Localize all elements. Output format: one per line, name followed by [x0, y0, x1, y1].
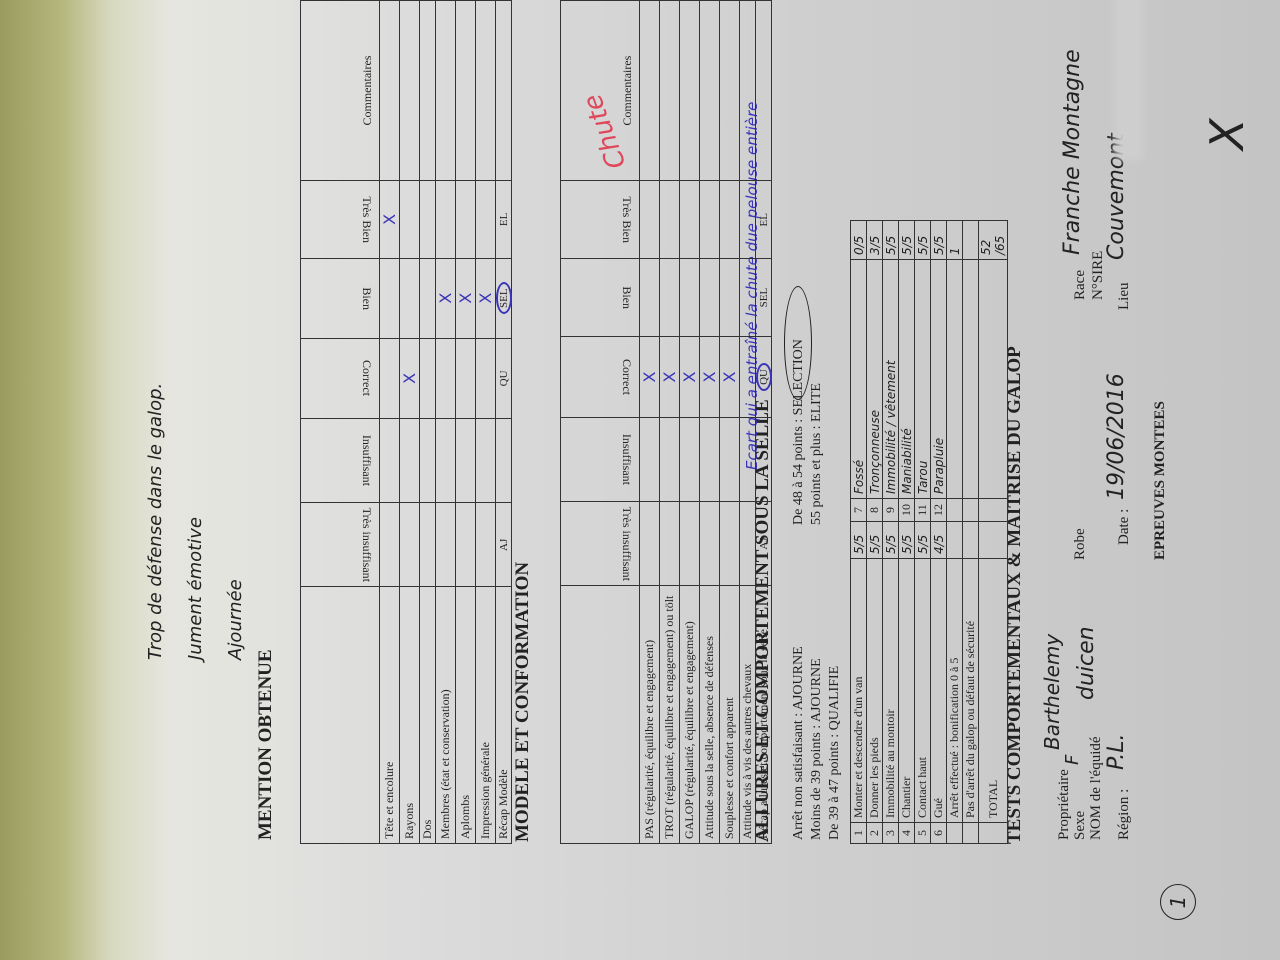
- tests-cell: Tronçonneuse: [867, 260, 883, 499]
- tests-row: 6Gué4/512Parapluie5/5: [931, 221, 947, 844]
- tests-cell: Tarou: [915, 260, 931, 499]
- grid-column-header: Bien: [561, 259, 640, 337]
- tests-row: 5Contact haut5/511Tarou5/5: [915, 221, 931, 844]
- grid-row-label: Dos: [420, 587, 436, 844]
- grid-row-label: Attitude vis à vis des autres chevaux: [740, 586, 756, 844]
- tests-cell: Donner les pieds: [867, 559, 883, 823]
- grid-row: Récap ModèleAJQUSELEL: [496, 1, 512, 844]
- sex-label: Sexe: [1072, 811, 1089, 840]
- circled-page-number: 1: [1160, 884, 1196, 920]
- grid-mark-cell[interactable]: [680, 502, 700, 586]
- tests-cell: [963, 260, 979, 499]
- grid-row-label: Tête et encolure: [380, 587, 400, 844]
- document-title: EPREUVES MONTEES: [1152, 401, 1169, 560]
- race-label: Race: [1072, 270, 1089, 300]
- grid-mark-cell[interactable]: [380, 258, 400, 338]
- owner-value: Barthelemy: [1040, 634, 1064, 750]
- tests-cell: 1: [851, 823, 867, 844]
- grid-mark-cell[interactable]: [700, 259, 720, 337]
- grid-row: Dos: [420, 1, 436, 844]
- tests-cell: 8: [867, 499, 883, 522]
- tests-cell: [947, 823, 963, 844]
- grid-comment-cell[interactable]: [400, 1, 420, 181]
- tests-cell: [979, 823, 1008, 844]
- grid-row-label: Membres (état et conservation): [436, 587, 456, 844]
- grid-recap-cell[interactable]: QU: [756, 337, 772, 418]
- grid-comment-cell[interactable]: [720, 1, 740, 181]
- grid-mark-cell[interactable]: [436, 338, 456, 419]
- tests-cell: [947, 499, 963, 522]
- grid-row: Attitude vis à vis des autres chevaux: [740, 1, 756, 844]
- date-label: Date :: [1116, 509, 1133, 545]
- grid-comment-cell[interactable]: [680, 1, 700, 181]
- robe-label: Robe: [1072, 528, 1089, 560]
- grid-row: PAS (régularité, équilibre et engagement…: [640, 1, 660, 844]
- grid-mark-cell[interactable]: [476, 181, 496, 259]
- name-label: NOM de l'équidé: [1088, 736, 1105, 840]
- grid-column-header: Correct: [301, 338, 380, 419]
- grid-corner: [561, 586, 640, 844]
- grid-recap-cell[interactable]: EL: [756, 181, 772, 259]
- tests-row: 3Immobilité au montoir5/59Immobilité / v…: [883, 221, 899, 844]
- grid-mark-cell[interactable]: [420, 258, 436, 338]
- tests-cell: [963, 499, 979, 522]
- grid-comment-cell[interactable]: [640, 1, 660, 181]
- grid-row-label: Rayons: [400, 587, 420, 844]
- grid-column-header: Commentaires: [301, 1, 380, 181]
- grid-mark-cell[interactable]: [456, 503, 476, 587]
- tests-cell: 9: [883, 499, 899, 522]
- grid-row: Récap allures et comportement sous la se…: [756, 1, 772, 844]
- grid-mark-cell[interactable]: [640, 502, 660, 586]
- grid-mark-cell[interactable]: [740, 259, 756, 337]
- tests-cell: [979, 260, 1008, 499]
- grid-mark-cell[interactable]: X: [476, 258, 496, 338]
- grid-mark-cell[interactable]: [380, 338, 400, 419]
- grid-mark-cell[interactable]: [380, 503, 400, 587]
- grid-comment-cell[interactable]: [436, 1, 456, 181]
- tests-cell: Contact haut: [915, 559, 931, 823]
- tests-cell: 3: [883, 823, 899, 844]
- tests-cell: 6: [931, 823, 947, 844]
- recap-tag[interactable]: AJ: [498, 539, 510, 551]
- grid-row: AplombsX: [456, 1, 476, 844]
- grid-row: Souplesse et confort apparentX: [720, 1, 740, 844]
- tests-cell: Maniabilité: [899, 260, 915, 499]
- recap-tag[interactable]: QU: [498, 370, 510, 386]
- grid-column-header: Insuffisant: [301, 419, 380, 503]
- grid-row: Membres (état et conservation)X: [436, 1, 456, 844]
- grid-row-label: GALOP (régularité, équilibre et engageme…: [680, 586, 700, 844]
- tests-cell: Chantier: [899, 559, 915, 823]
- lieu-label: Lieu: [1116, 283, 1133, 311]
- grid-mark-cell[interactable]: [720, 417, 740, 501]
- date-value: 19/06/2016: [1104, 373, 1129, 500]
- grid-row-label: Récap Modèle: [496, 587, 512, 844]
- grid-mark-cell[interactable]: [680, 181, 700, 259]
- grid-comment-cell[interactable]: [660, 1, 680, 181]
- grid-mark-cell[interactable]: [720, 502, 740, 586]
- grid-recap-cell[interactable]: SEL: [756, 259, 772, 337]
- grid-row: GALOP (régularité, équilibre et engageme…: [680, 1, 700, 844]
- mention-line-3: Trop de défense dans le galop.: [145, 383, 166, 660]
- sire-label: N°SIRE: [1090, 251, 1107, 300]
- grid-mark-cell[interactable]: [420, 181, 436, 259]
- mention-line-2: Jument émotive: [185, 517, 206, 660]
- grid-mark-cell[interactable]: [740, 502, 756, 586]
- grid-mark-cell[interactable]: [476, 338, 496, 419]
- grid-recap-cell[interactable]: SEL: [496, 258, 512, 338]
- tests-cell: [947, 522, 963, 559]
- evaluation-form-page: 1 X EPREUVES MONTEES Région : P.L. Date …: [0, 0, 1280, 960]
- grid-recap-cell[interactable]: AJ: [756, 502, 772, 586]
- tests-row: 2Donner les pieds5/58Tronçonneuse3/5: [867, 221, 883, 844]
- grid-mark-cell[interactable]: [660, 181, 680, 259]
- grid-mark-cell[interactable]: [420, 419, 436, 503]
- grid-row: Tête et encolureX: [380, 1, 400, 844]
- grid-comment-cell[interactable]: [476, 1, 496, 181]
- grid-mark-cell[interactable]: X: [456, 258, 476, 338]
- grid-comment-cell[interactable]: [740, 1, 756, 181]
- grid-mark-cell[interactable]: X: [380, 181, 400, 259]
- grid-column-header: Très Bien: [301, 181, 380, 259]
- tests-cell: 4/5: [931, 522, 947, 559]
- tests-cell: 2: [867, 823, 883, 844]
- grid-mark-cell[interactable]: [420, 338, 436, 419]
- grid-recap-cell[interactable]: [496, 419, 512, 503]
- tests-cell: Immobilité au montoir: [883, 559, 899, 823]
- tests-cell: 5/5: [867, 522, 883, 559]
- tests-row: Arrêt effectué : bonification 0 à 51: [947, 221, 963, 844]
- grid-mark-cell[interactable]: [456, 419, 476, 503]
- region-label: Région :: [1116, 789, 1133, 840]
- owner-label: Propriétaire: [1056, 769, 1073, 840]
- recap-tag[interactable]: AJ: [758, 537, 770, 549]
- region-value: P.L.: [1104, 734, 1129, 770]
- tests-cell: 5/5: [899, 522, 915, 559]
- tests-cell: Pas d'arrêt du galop ou défaut de sécuri…: [963, 559, 979, 823]
- tests-cell: 5/5: [899, 221, 915, 260]
- grid-mark-cell[interactable]: [640, 181, 660, 259]
- grid-comment-cell[interactable]: [456, 1, 476, 181]
- grid-mark-cell[interactable]: [400, 419, 420, 503]
- tests-cell: [963, 221, 979, 260]
- grid-row-label: Attitude sous la selle, absence de défen…: [700, 586, 720, 844]
- tests-cell: 1: [947, 221, 963, 260]
- tests-cell: [963, 522, 979, 559]
- grid-mark-cell[interactable]: [660, 417, 680, 501]
- tests-cell: 5/5: [883, 221, 899, 260]
- grid-mark-cell[interactable]: [400, 181, 420, 259]
- tests-row: TOTAL52 /65: [979, 221, 1008, 844]
- tests-cell: Arrêt effectué : bonification 0 à 5: [947, 559, 963, 823]
- grid-mark-cell[interactable]: [720, 181, 740, 259]
- tests-cell: 0/5: [851, 221, 867, 260]
- grid-row-label: Souplesse et confort apparent: [720, 586, 740, 844]
- grid-row-label: PAS (régularité, équilibre et engagement…: [640, 586, 660, 844]
- grid-mark-cell[interactable]: [640, 259, 660, 337]
- race-value: Franche Montagne: [1060, 49, 1085, 255]
- tests-cell: 12: [931, 499, 947, 522]
- tests-row: Pas d'arrêt du galop ou défaut de sécuri…: [963, 221, 979, 844]
- grid-row: RayonsX: [400, 1, 420, 844]
- tests-cell: 3/5: [867, 221, 883, 260]
- grid-row-label: TROT (régularité, équilibre et engagemen…: [660, 586, 680, 844]
- grid-recap-cell[interactable]: QU: [496, 338, 512, 419]
- corner-x-mark: X: [1200, 118, 1254, 150]
- tests-cell: Gué: [931, 559, 947, 823]
- tests-cell: Fossé: [851, 260, 867, 499]
- grid-mark-cell[interactable]: [740, 337, 756, 418]
- grid-comment-cell[interactable]: [496, 1, 512, 181]
- grid-mark-cell[interactable]: [700, 502, 720, 586]
- grid-row-label: Impression générale: [476, 587, 496, 844]
- grid-mark-cell[interactable]: X: [700, 337, 720, 418]
- tests-cell: [947, 260, 963, 499]
- grid-comment-cell[interactable]: [380, 1, 400, 181]
- tests-row: 4Chantier5/510Maniabilité5/5: [899, 221, 915, 844]
- selection-circle: [784, 286, 812, 400]
- name-value: duicen: [1074, 626, 1099, 700]
- tests-cell: Parapluie: [931, 260, 947, 499]
- grid-mark-cell[interactable]: [436, 419, 456, 503]
- grid-row: TROT (régularité, équilibre et engagemen…: [660, 1, 680, 844]
- tests-cell: 7: [851, 499, 867, 522]
- recap-tag[interactable]: EL: [498, 213, 510, 226]
- grid-mark-cell[interactable]: X: [680, 337, 700, 418]
- grid-mark-cell[interactable]: [456, 181, 476, 259]
- grid-mark-cell[interactable]: [700, 181, 720, 259]
- grid-mark-cell[interactable]: [436, 181, 456, 259]
- grid-mark-cell[interactable]: [420, 503, 436, 587]
- tests-rules-left: Arrêt non satisfaisant : AJOURNE Moins d…: [790, 646, 844, 840]
- grid-mark-cell[interactable]: [660, 502, 680, 586]
- grid-mark-cell[interactable]: [740, 181, 756, 259]
- grid-mark-cell[interactable]: [400, 258, 420, 338]
- grid-mark-cell[interactable]: [456, 338, 476, 419]
- grid-row: Attitude sous la selle, absence de défen…: [700, 1, 720, 844]
- tests-cell: [963, 823, 979, 844]
- tests-cell: 4: [899, 823, 915, 844]
- tests-cell: 52 /65: [979, 221, 1008, 260]
- grid-mark-cell[interactable]: [640, 417, 660, 501]
- tests-cell: 5/5: [931, 221, 947, 260]
- tests-cell: 5: [915, 823, 931, 844]
- tests-cell: 10: [899, 499, 915, 522]
- grid-mark-cell[interactable]: [740, 417, 756, 501]
- grid-column-header: Très insuffisant: [301, 503, 380, 587]
- grid-comment-cell[interactable]: [756, 1, 772, 181]
- grid-mark-cell[interactable]: [680, 417, 700, 501]
- grid-recap-cell[interactable]: [756, 417, 772, 501]
- sex-value: F: [1062, 755, 1083, 765]
- grid-corner: [301, 587, 380, 844]
- recap-tag[interactable]: SEL: [496, 282, 512, 314]
- grid-column-header: Bien: [301, 258, 380, 338]
- grid-mark-cell[interactable]: X: [436, 258, 456, 338]
- grid-mark-cell[interactable]: [700, 417, 720, 501]
- tests-cell: [979, 499, 1008, 522]
- grid-comment-cell[interactable]: [700, 1, 720, 181]
- grid-mark-cell[interactable]: X: [400, 338, 420, 419]
- grid-mark-cell[interactable]: X: [720, 337, 740, 418]
- grid-row-label: Récap allures et comportement sous la se…: [756, 586, 772, 844]
- recap-tag[interactable]: SEL: [758, 288, 770, 308]
- grid-column-header: Très Bien: [561, 181, 640, 259]
- grid-column-header: Correct: [561, 337, 640, 418]
- mention-title: MENTION OBTENUE: [255, 649, 277, 840]
- grid-mark-cell[interactable]: [720, 259, 740, 337]
- grid-mark-cell[interactable]: [680, 259, 700, 337]
- tests-cell: TOTAL: [979, 559, 1008, 823]
- grid-mark-cell[interactable]: [380, 419, 400, 503]
- grid-recap-cell[interactable]: EL: [496, 181, 512, 259]
- grid-mark-cell[interactable]: [660, 259, 680, 337]
- grid-mark-cell[interactable]: [436, 503, 456, 587]
- tests-cell: Monter et descendre d'un van: [851, 559, 867, 823]
- tests-cell: 5/5: [851, 522, 867, 559]
- modele-section-title: MODELE ET CONFORMATION: [512, 562, 534, 842]
- grid-comment-cell[interactable]: [420, 1, 436, 181]
- grid-column-header: Très insuffisant: [561, 502, 640, 586]
- tests-cell: 11: [915, 499, 931, 522]
- grid-mark-cell[interactable]: [400, 503, 420, 587]
- grid-row-label: Aplombs: [456, 587, 476, 844]
- grid-mark-cell[interactable]: X: [660, 337, 680, 418]
- grid-recap-cell[interactable]: AJ: [496, 503, 512, 587]
- tests-row: 1Monter et descendre d'un van5/57Fossé0/…: [851, 221, 867, 844]
- grid-mark-cell[interactable]: [476, 503, 496, 587]
- grid-column-header: Insuffisant: [561, 417, 640, 501]
- recap-tag[interactable]: EL: [758, 213, 770, 226]
- grid-mark-cell[interactable]: [476, 419, 496, 503]
- tests-cell: 5/5: [915, 522, 931, 559]
- tests-cell: 5/5: [883, 522, 899, 559]
- recap-tag[interactable]: QU: [756, 363, 772, 391]
- grid-row: Impression généraleX: [476, 1, 496, 844]
- redacted-area: [1115, 0, 1143, 160]
- grid-mark-cell[interactable]: X: [640, 337, 660, 418]
- tests-cell: 5/5: [915, 221, 931, 260]
- tests-table: 1Monter et descendre d'un van5/57Fossé0/…: [850, 220, 1008, 844]
- modele-table: Très insuffisantInsuffisantCorrectBienTr…: [300, 0, 512, 844]
- tests-cell: [979, 522, 1008, 559]
- mention-line-1: Ajournée: [225, 579, 246, 660]
- tests-cell: Immobilité / vêtement: [883, 260, 899, 499]
